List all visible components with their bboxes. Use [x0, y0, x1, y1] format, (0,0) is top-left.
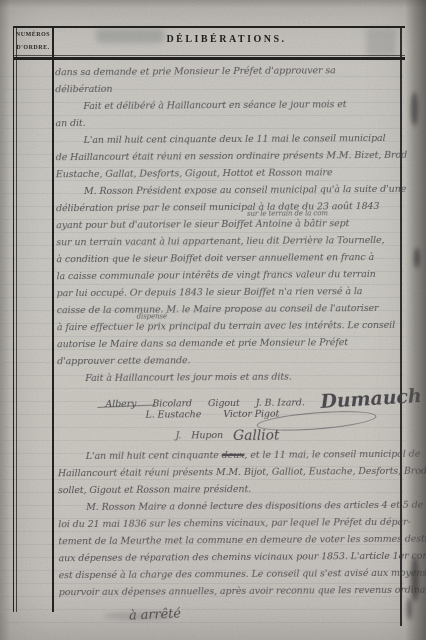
binding-ink-blotch — [411, 92, 418, 126]
signature: J. B. Izard. — [256, 397, 305, 408]
line-text: ayant pour but d'autoriser le sieur Boif… — [56, 218, 349, 231]
column-header-dordre: D'ORDRE. — [14, 45, 52, 51]
line-text: M. Rosson Président expose au conseil mu… — [84, 184, 406, 197]
line-text: L'an mil huit cent cinquante — [86, 450, 222, 462]
pencil-smudge — [104, 612, 174, 620]
line-text: pourvoir aux dépenses annuelles, après a… — [59, 585, 426, 599]
line-text: aux dépenses de réparation des chemins v… — [58, 550, 426, 564]
line-text: tement de la Meurthe met la commune en d… — [58, 533, 426, 547]
signatures-block: Albery Bicolard Gigout J. B. Izard. Duma… — [57, 388, 404, 448]
line-text: délibération prise par le conseil munici… — [56, 201, 379, 214]
line-text: de Haillancourt était réuni en session o… — [56, 150, 407, 163]
line-text: à condition que le sieur Boiffet doit ve… — [56, 252, 374, 265]
line-text: Eustache, Gallat, Desforts, Gigout, Hott… — [56, 167, 333, 180]
deliberation-1-text: dans sa demande et prie Monsieur le Préf… — [55, 62, 404, 387]
line-text: par lui occupé. Or depuis 1843 le sieur … — [57, 286, 363, 299]
signature: Bicolard — [152, 398, 192, 409]
scanned-register-page: NUMÉROS D'ORDRE. DÉLIBÉRATIONS. dans sa … — [0, 0, 426, 640]
signature: J. — [176, 431, 182, 441]
numeros-column-divider — [52, 26, 54, 612]
line-text: sur un terrain vacant à lui appartenant,… — [56, 235, 384, 248]
line-text: loi du 21 mai 1836 sur les chemins vicin… — [58, 517, 410, 530]
deliberation-2-text: L'an mil huit cent cinquante deux, et le… — [58, 446, 406, 601]
signature: Albery — [105, 399, 136, 410]
signature: Hupon — [191, 430, 223, 441]
frame-rule-left — [13, 26, 14, 612]
signature: Gigout — [208, 398, 240, 409]
line-text: Fait à Haillancourt les jour mois et ans… — [85, 372, 292, 384]
line-text: , et le 11 mai, le conseil municipal de — [244, 449, 420, 461]
line-text: délibération — [55, 84, 112, 95]
line-text: Haillancourt était réuni présents M.M. B… — [58, 466, 426, 480]
line-text: d'approuver cette demande. — [57, 355, 190, 367]
line-text: dans sa demande et prie Monsieur le Préf… — [55, 65, 336, 78]
frame-rule-left — [16, 26, 17, 612]
signature: Galliot — [233, 427, 279, 443]
binding-ink-blotch — [407, 598, 412, 620]
binding-ink-blotch — [411, 556, 419, 602]
page-edge-shadow — [0, 0, 426, 8]
interline-note: dispensé — [137, 312, 167, 320]
line-text: est dispensé à la charge des communes. L… — [59, 568, 426, 582]
line-text: autorise le Maire dans sa demande et pri… — [57, 337, 348, 350]
signature: L. Eustache — [145, 409, 201, 420]
line-text: sollet, Gigout et Rosson maire président… — [58, 484, 251, 496]
header-separator-rule — [13, 57, 405, 60]
line-text: M. Rosson Maire a donné lecture des disp… — [86, 500, 426, 513]
column-header-numeros: NUMÉROS — [14, 32, 52, 38]
signature-row: Albery Bicolard Gigout J. B. Izard. Duma… — [105, 388, 404, 410]
line-text: an dit. — [55, 118, 85, 129]
handwritten-line: Fait à Haillancourt les jour mois et ans… — [57, 368, 404, 387]
binding-ink-blotch — [414, 248, 420, 268]
line-text: à faire effectuer le prix principal du t… — [57, 320, 395, 333]
line-text: la caisse communale pour intérêts de vin… — [57, 269, 376, 282]
interline-note: sur le terrain de la com — [247, 209, 328, 218]
page-title: DÉLIBÉRATIONS. — [53, 34, 400, 45]
handwritten-body: dans sa demande et prie Monsieur le Préf… — [55, 62, 406, 619]
line-text: caisse de la commune. M. le Maire propos… — [57, 303, 379, 316]
line-text: Fait et délibéré à Haillancourt en séanc… — [83, 99, 346, 112]
frame-rule-top — [13, 26, 405, 28]
line-text: L'an mil huit cent cinquante deux le 11 … — [84, 133, 386, 146]
header-separator-rule — [13, 55, 405, 56]
struck-word: deux — [222, 450, 245, 461]
